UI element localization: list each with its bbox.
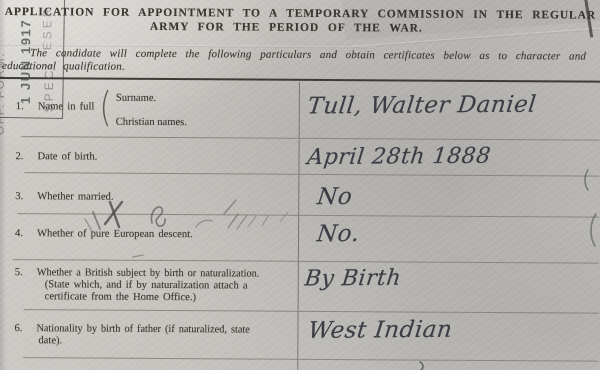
- question-3-label: Whether married.: [37, 191, 113, 202]
- question-5-number: 5.: [15, 267, 23, 278]
- surname-label: Surname.: [116, 93, 156, 104]
- date-stamp: 1 JUN 1917: [18, 19, 34, 104]
- left-edge-shadow: [0, 0, 6, 370]
- page-title: APPLICATION FOR APPOINTMENT TO A TEMPORA…: [0, 6, 600, 22]
- question-1-label: Name in full: [38, 101, 95, 112]
- row-separator-1: [22, 136, 600, 141]
- row-separator-2: [24, 172, 599, 177]
- christian-names-label: Christian names.: [116, 117, 187, 128]
- question-5-label-line2: (State which, and if by naturalization a…: [45, 279, 248, 291]
- question-3-number: 3.: [15, 191, 23, 202]
- question-4-number: 4.: [15, 228, 23, 239]
- row-separator-4: [13, 259, 599, 264]
- row-separator-5: [24, 309, 599, 314]
- question-6-label-line2: date).: [38, 335, 62, 346]
- stamp-fragment-upper: ESER: [40, 6, 54, 51]
- question-2-number: 2.: [15, 151, 23, 162]
- answer-married: No: [316, 184, 354, 210]
- answer-date-of-birth: April 28th 1888: [306, 144, 492, 170]
- answer-father-nationality: West Indian: [307, 317, 454, 344]
- form-page: APPLICATION FOR APPOINTMENT TO A TEMPORA…: [0, 0, 600, 370]
- column-divider: [297, 82, 300, 370]
- question-6-number: 6.: [14, 323, 22, 334]
- answer-european-descent: No.: [316, 221, 361, 247]
- answer-british-subject: By Birth: [303, 266, 402, 292]
- answer-name: Tull, Walter Daniel: [306, 92, 538, 120]
- row-separator-3: [17, 213, 599, 218]
- question-4-label: Whether of pure European descent.: [37, 228, 193, 240]
- question-2-label: Date of birth.: [37, 151, 97, 162]
- question-5-label: Whether a British subject by birth or na…: [37, 267, 260, 279]
- page-title-line2: ARMY FOR THE PERIOD OF THE WAR.: [0, 20, 586, 36]
- question-5-label-line3: certificate from the Home Office.): [45, 291, 196, 303]
- brace-glyph: (: [99, 87, 112, 128]
- scanned-document: APPLICATION FOR APPOINTMENT TO A TEMPORA…: [0, 0, 600, 370]
- question-6-label: Nationality by birth of father (if natur…: [36, 323, 249, 335]
- question-1-number: 1.: [16, 101, 24, 112]
- row-separator-6: [23, 357, 598, 362]
